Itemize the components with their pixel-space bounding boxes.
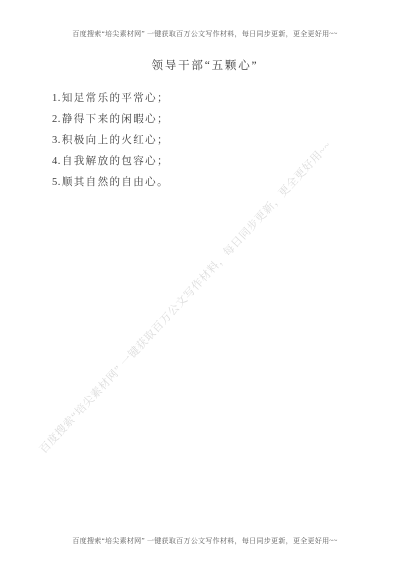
item-text: 积极向上的火红心； [62,135,169,146]
list-item: 4.自我解放的包容心； [52,151,380,172]
document-page: 百度搜索“培尖素材网” 一键获取百万公文写作材料，每日同步更新，更全更好用~~ … [0,0,410,580]
item-text: 自我解放的包容心； [62,156,169,167]
item-text: 静得下来的闲暇心； [62,114,169,125]
list-item: 1.知足常乐的平常心； [52,88,380,109]
item-number: 5. [52,177,61,188]
item-number: 2. [52,114,61,125]
item-number: 4. [52,156,61,167]
list-item: 3.积极向上的火红心； [52,130,380,151]
numbered-list: 1.知足常乐的平常心； 2.静得下来的闲暇心； 3.积极向上的火红心； 4.自我… [52,88,380,193]
item-text: 顺其自然的自由心。 [62,177,169,188]
list-item: 2.静得下来的闲暇心； [52,109,380,130]
page-title: 领导干部“五颗心” [0,57,410,73]
footer-promo-text: 百度搜索“培尖素材网” 一键获取百万公文写作材料，每日同步更新，更全更好用~~ [0,536,410,546]
item-number: 3. [52,135,61,146]
item-text: 知足常乐的平常心； [62,93,169,104]
item-number: 1. [52,93,61,104]
header-promo-text: 百度搜索“培尖素材网” 一键获取百万公文写作材料，每日同步更新，更全更好用~~ [0,29,410,39]
list-item: 5.顺其自然的自由心。 [52,172,380,193]
